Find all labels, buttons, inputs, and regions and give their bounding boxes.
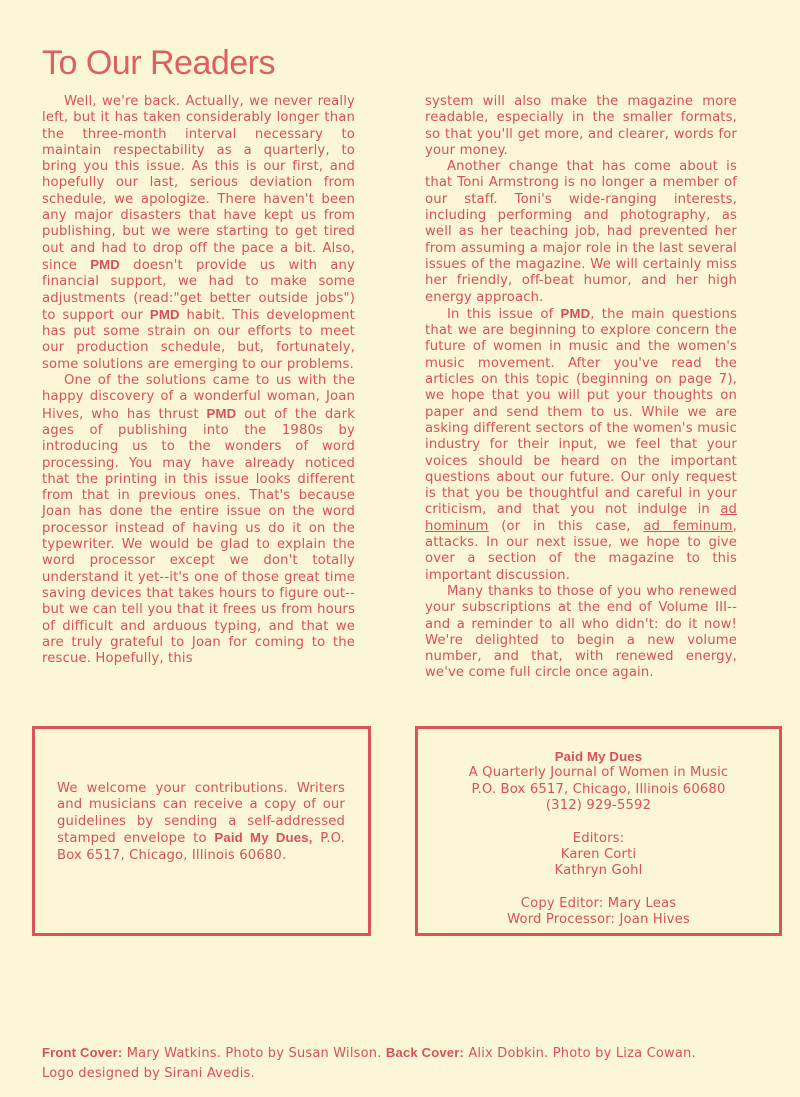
editor-name: Karen Corti — [418, 847, 779, 863]
pmd-abbrev: PMD — [561, 306, 591, 321]
logo-credit: Logo designed by Sirani Avedis. — [42, 1064, 782, 1084]
paragraph: system will also make the magazine more … — [425, 94, 737, 159]
contributions-box: We welcome your contributions. Writers a… — [32, 726, 371, 936]
paragraph: Well, we're back. Actually, we never rea… — [42, 94, 355, 373]
back-cover-label: Back Cover: — [386, 1045, 464, 1060]
editors-label: Editors: — [418, 831, 779, 847]
pmd-abbrev: PMD — [90, 257, 120, 272]
paragraph: Another change that has come about is th… — [425, 159, 737, 306]
back-cover-text: Alix Dobkin. Photo by Liza Cowan. — [464, 1046, 696, 1061]
text: Well, we're back. Actually, we never rea… — [42, 94, 355, 273]
magazine-phone: (312) 929-5592 — [418, 798, 779, 814]
cover-credits: Front Cover: Mary Watkins. Photo by Susa… — [42, 1043, 782, 1084]
magazine-name: Paid My Dues — [418, 749, 779, 765]
masthead-box: Paid My Dues A Quarterly Journal of Wome… — [415, 726, 782, 936]
text: , the main questions that we are beginni… — [425, 307, 737, 518]
article-right-column: system will also make the magazine more … — [425, 94, 737, 682]
magazine-address: P.O. Box 6517, Chicago, Illinois 60680 — [418, 782, 779, 798]
article-left-column: Well, we're back. Actually, we never rea… — [42, 94, 355, 667]
masthead-text: Paid My Dues A Quarterly Journal of Wome… — [418, 749, 779, 929]
front-cover-label: Front Cover: — [42, 1045, 122, 1060]
contributions-text: We welcome your contributions. Writers a… — [57, 781, 345, 864]
paragraph: In this issue of PMD, the main questions… — [425, 306, 737, 584]
pmd-abbrev: PMD — [207, 406, 237, 421]
latin-term: ad feminum — [643, 519, 732, 534]
copy-editor: Copy Editor: Mary Leas — [418, 896, 779, 912]
page-title: To Our Readers — [42, 44, 275, 83]
paragraph: Many thanks to those of you who renewed … — [425, 584, 737, 682]
magazine-name: Paid My Dues, — [214, 830, 312, 845]
magazine-subtitle: A Quarterly Journal of Women in Music — [418, 765, 779, 781]
cover-credits-line: Front Cover: Mary Watkins. Photo by Susa… — [42, 1043, 782, 1064]
front-cover-text: Mary Watkins. Photo by Susan Wilson. — [122, 1046, 386, 1061]
editor-name: Kathryn Gohl — [418, 863, 779, 879]
text: (or in this case, — [489, 519, 644, 534]
latin-term: hominum — [425, 519, 489, 534]
pmd-abbrev: PMD — [150, 307, 180, 322]
text: In this issue of — [447, 307, 561, 322]
paragraph: One of the solutions came to us with the… — [42, 373, 355, 667]
latin-term: ad — [720, 502, 737, 517]
word-processor: Word Processor: Joan Hives — [418, 912, 779, 928]
text: out of the dark ages of publishing into … — [42, 407, 355, 666]
